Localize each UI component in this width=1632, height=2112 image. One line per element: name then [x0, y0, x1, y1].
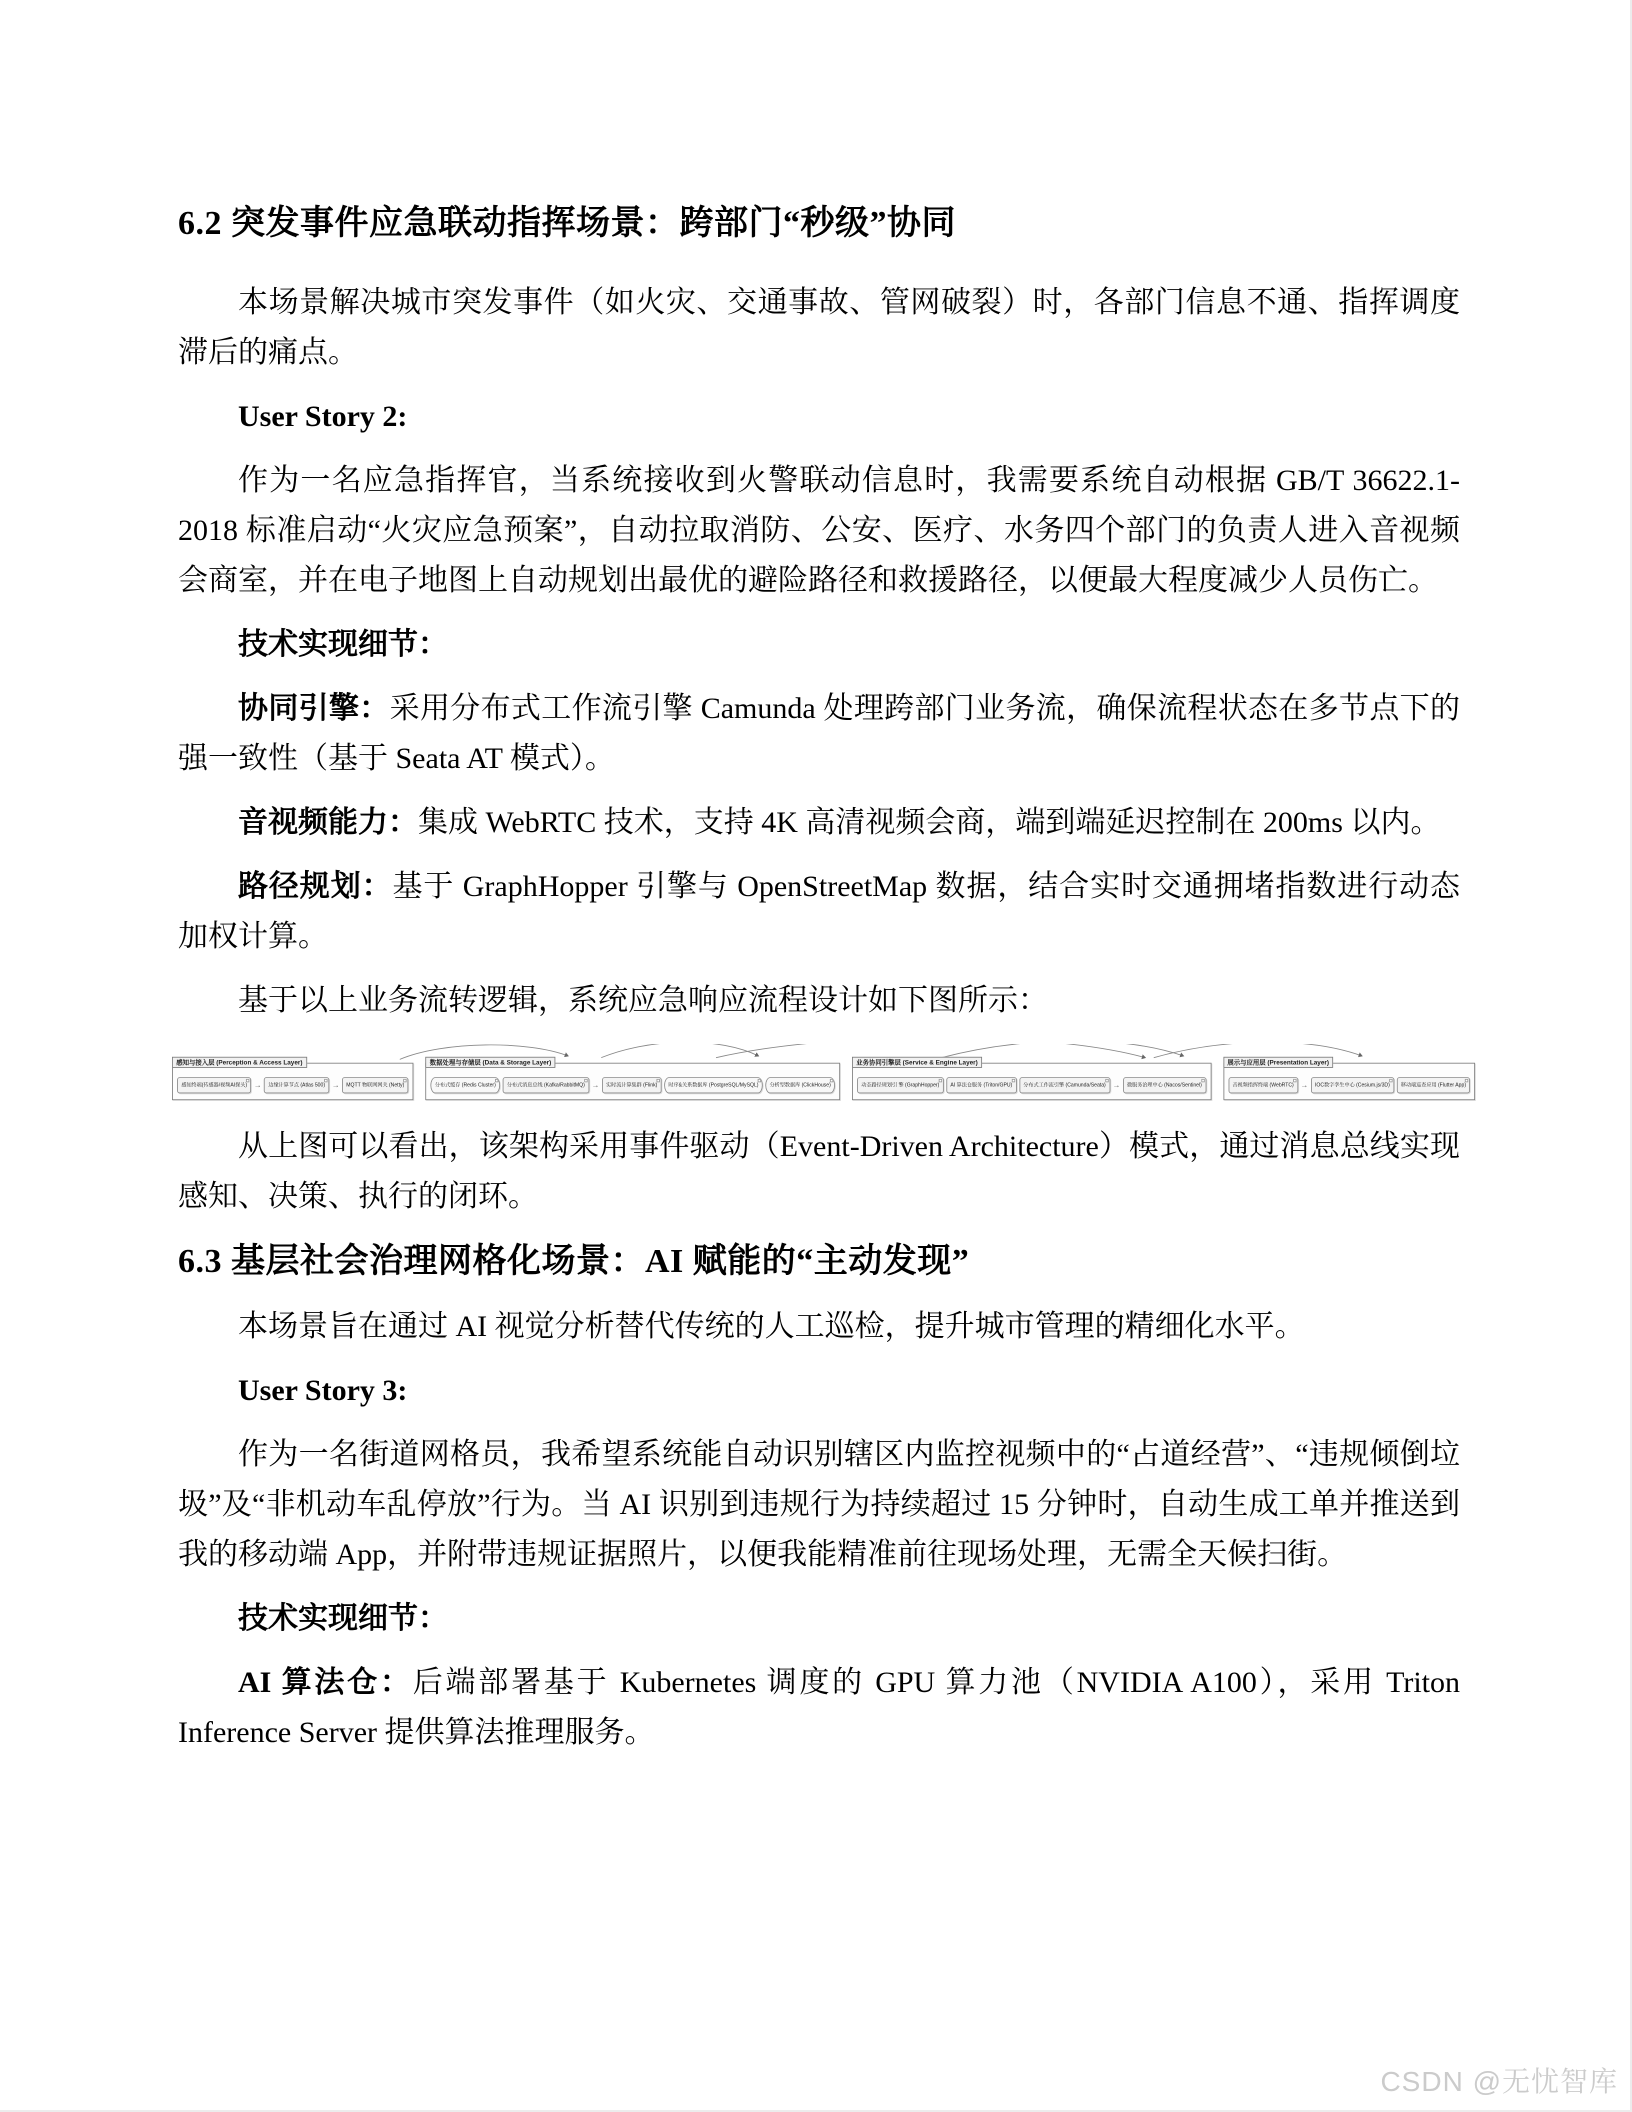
diagram-node: IOC数字孪生中心 (Cesium.js/3D) — [1311, 1077, 1394, 1093]
tech-term: 协同引擎： — [238, 692, 390, 725]
user-story-2-text: 作为一名应急指挥官，当系统接收到火警联动信息时，我需要系统自动根据 GB/T 3… — [178, 456, 1460, 606]
tech-item-route-planning: 路径规划：基于 GraphHopper 引擎与 OpenStreetMap 数据… — [178, 862, 1460, 962]
section-63-tech-label: 技术实现细节： — [178, 1594, 1460, 1644]
diagram-group-title: 展示与应用层 (Presentation Layer) — [1223, 1057, 1333, 1068]
diagram-group-service-engine: 业务协同引擎层 (Service & Engine Layer) 动态路径规划引… — [852, 1063, 1211, 1100]
diagram-node: 时序&关系数据库 (PostgreSQL/MySQL) — [664, 1077, 763, 1093]
diagram-node: 分布式消息总线 (Kafka/RabbitMQ) — [503, 1077, 589, 1093]
tech-term: 音视频能力： — [238, 806, 418, 839]
diagram-group-data-storage: 数据处理与存储层 (Data & Storage Layer) 分布式缓存 (R… — [426, 1063, 841, 1100]
tech-term: 路径规划： — [238, 870, 393, 903]
section-63-heading: 6.3 基层社会治理网格化场景：AI 赋能的“主动发现” — [178, 1236, 1460, 1288]
diagram-node: 分析型数据库 (ClickHouse) — [765, 1077, 835, 1093]
diagram-group-presentation: 展示与应用层 (Presentation Layer) 音视频指挥终端 (Web… — [1223, 1063, 1475, 1100]
arrow-right-icon: → — [254, 1081, 262, 1089]
diagram-group-title: 数据处理与存储层 (Data & Storage Layer) — [426, 1057, 556, 1068]
section-63-intro: 本场景旨在通过 AI 视觉分析替代传统的人工巡检，提升城市管理的精细化水平。 — [178, 1302, 1460, 1352]
diagram-node: 动态路径规划引 擎 (GraphHopper) — [857, 1077, 943, 1093]
section-62-heading: 6.2 突发事件应急联动指挥场景：跨部门“秒级”协同 — [178, 198, 1460, 250]
user-story-2-label: User Story 2: — [178, 392, 1460, 442]
arrow-right-icon: → — [1301, 1081, 1309, 1089]
diagram-node: 音视频指挥终端 (WebRTC) — [1228, 1077, 1298, 1093]
tech-item-av-capability: 音视频能力：集成 WebRTC 技术，支持 4K 高清视频会商，端到端延迟控制在… — [178, 798, 1460, 848]
tech-item-ai-warehouse: AI 算法仓：后端部署基于 Kubernetes 调度的 GPU 算力池（NVI… — [178, 1658, 1460, 1758]
arrow-right-icon: → — [592, 1081, 600, 1089]
diagram-group-title: 感知与接入层 (Perception & Access Layer) — [172, 1057, 307, 1068]
section-62-intro: 本场景解决城市突发事件（如火灾、交通事故、管网破裂）时，各部门信息不通、指挥调度… — [178, 278, 1460, 378]
diagram-group-title: 业务协同引擎层 (Service & Engine Layer) — [852, 1057, 982, 1068]
arrow-right-icon: → — [332, 1081, 340, 1089]
diagram-group-perception: 感知与接入层 (Perception & Access Layer) 感知终端(… — [172, 1063, 414, 1100]
user-story-3-label: User Story 3: — [178, 1366, 1460, 1416]
csdn-watermark: CSDN @无忧智库 — [1380, 2060, 1618, 2100]
diagram-node: 分布式缓存 (Redis Cluster) — [431, 1077, 500, 1093]
diagram-node: 分布式工作流引擎 (Camunda/Seata) — [1019, 1077, 1110, 1093]
tech-term: AI 算法仓： — [238, 1666, 413, 1699]
tech-item-collab-engine: 协同引擎：采用分布式工作流引擎 Camunda 处理跨部门业务流，确保流程状态在… — [178, 684, 1460, 784]
diagram-node: AI 算法仓服务 (Triton/GPU) — [946, 1077, 1016, 1093]
diagram-node: 移动端巡查应用 (Flutter App) — [1397, 1077, 1471, 1093]
diagram-node: MQTT 物联网网关 (Netty) — [342, 1077, 408, 1093]
architecture-diagram: 感知与接入层 (Perception & Access Layer) 感知终端(… — [172, 1040, 1454, 1104]
user-story-3-text: 作为一名街道网格员，我希望系统能自动识别辖区内监控视频中的“占道经营”、“违规倾… — [178, 1430, 1460, 1580]
diagram-node: 微服务治理中心 (Nacos/Sentinel) — [1123, 1077, 1206, 1093]
diagram-node: 感知终端(传感器/视频AI探头) — [177, 1077, 251, 1093]
arrow-right-icon: → — [1113, 1081, 1121, 1089]
architecture-diagram-inner: 感知与接入层 (Perception & Access Layer) 感知终端(… — [172, 1046, 1456, 1100]
diagram-outro-text: 从上图可以看出，该架构采用事件驱动（Event-Driven Architect… — [178, 1122, 1460, 1222]
diagram-intro-text: 基于以上业务流转逻辑，系统应急响应流程设计如下图所示： — [178, 976, 1460, 1026]
section-62-tech-label: 技术实现细节： — [178, 620, 1460, 670]
document-page: 6.2 突发事件应急联动指挥场景：跨部门“秒级”协同 本场景解决城市突发事件（如… — [0, 0, 1632, 2112]
diagram-node: 实时流计算集群 (Flink) — [602, 1077, 662, 1093]
tech-desc: 集成 WebRTC 技术，支持 4K 高清视频会商，端到端延迟控制在 200ms… — [418, 806, 1440, 839]
document-content: 6.2 突发事件应急联动指挥场景：跨部门“秒级”协同 本场景解决城市突发事件（如… — [178, 198, 1460, 1772]
diagram-node: 边缘计算节点 (Atlas 500) — [264, 1077, 329, 1093]
